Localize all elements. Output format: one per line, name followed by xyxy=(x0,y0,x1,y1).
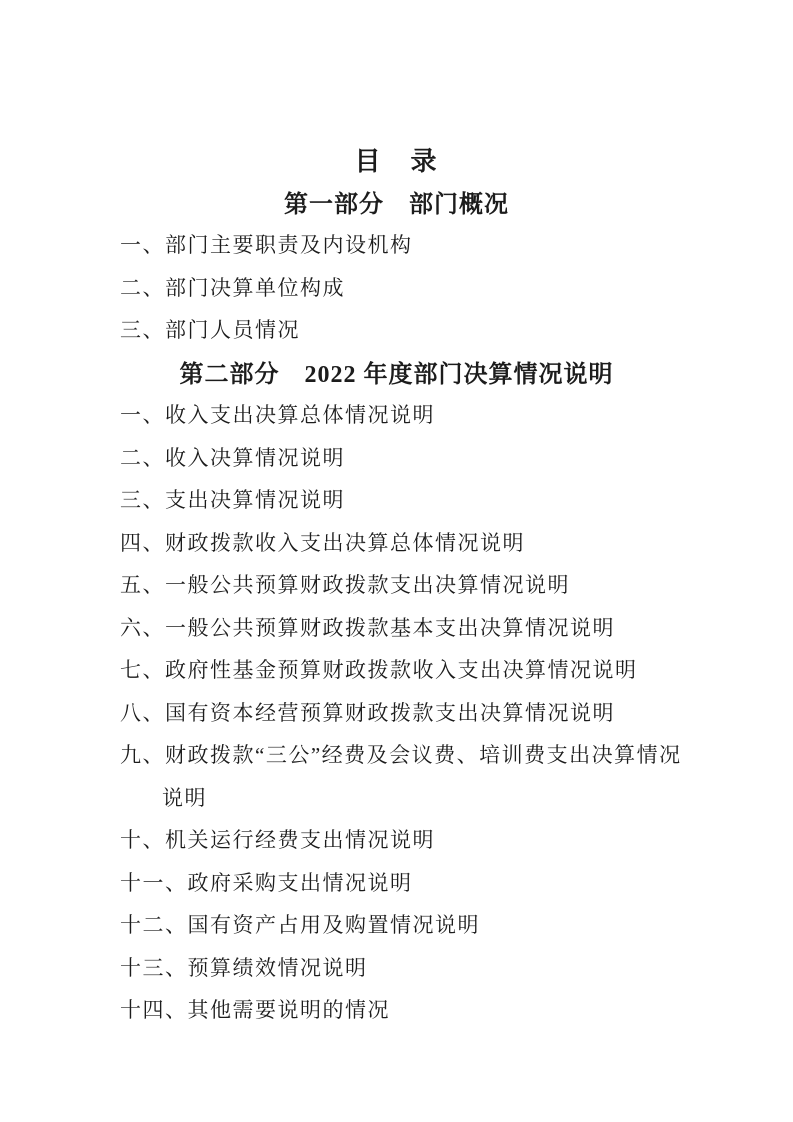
toc-item-part2-9-continuation: 说明 xyxy=(0,776,793,819)
toc-item-part2-11: 十一、政府采购支出情况说明 xyxy=(0,861,793,904)
toc-item-part2-5: 五、一般公共预算财政拨款支出决算情况说明 xyxy=(0,563,793,606)
toc-item-part2-4: 四、财政拨款收入支出决算总体情况说明 xyxy=(0,521,793,564)
toc-item-part2-1: 一、收入支出决算总体情况说明 xyxy=(0,393,793,436)
toc-item-part2-7: 七、政府性基金预算财政拨款收入支出决算情况说明 xyxy=(0,648,793,691)
toc-content: 目 录 第一部分 部门概况 一、部门主要职责及内设机构 二、部门决算单位构成 三… xyxy=(0,0,793,1031)
toc-item-part1-3: 三、部门人员情况 xyxy=(0,308,793,351)
document-page: 目 录 第一部分 部门概况 一、部门主要职责及内设机构 二、部门决算单位构成 三… xyxy=(0,0,793,1122)
part1-heading: 第一部分 部门概况 xyxy=(0,181,793,224)
toc-item-part2-12: 十二、国有资产占用及购置情况说明 xyxy=(0,903,793,946)
toc-title: 目 录 xyxy=(0,138,793,181)
toc-item-part2-8: 八、国有资本经营预算财政拨款支出决算情况说明 xyxy=(0,691,793,734)
toc-item-part2-10: 十、机关运行经费支出情况说明 xyxy=(0,818,793,861)
toc-item-part2-3: 三、支出决算情况说明 xyxy=(0,478,793,521)
toc-item-part2-9: 九、财政拨款“三公”经费及会议费、培训费支出决算情况 xyxy=(0,733,793,776)
toc-item-part2-2: 二、收入决算情况说明 xyxy=(0,436,793,479)
toc-item-part2-13: 十三、预算绩效情况说明 xyxy=(0,946,793,989)
part2-heading: 第二部分 2022 年度部门决算情况说明 xyxy=(0,351,793,394)
toc-item-part2-6: 六、一般公共预算财政拨款基本支出决算情况说明 xyxy=(0,606,793,649)
toc-item-part1-1: 一、部门主要职责及内设机构 xyxy=(0,223,793,266)
toc-item-part2-14: 十四、其他需要说明的情况 xyxy=(0,988,793,1031)
toc-item-part1-2: 二、部门决算单位构成 xyxy=(0,266,793,309)
